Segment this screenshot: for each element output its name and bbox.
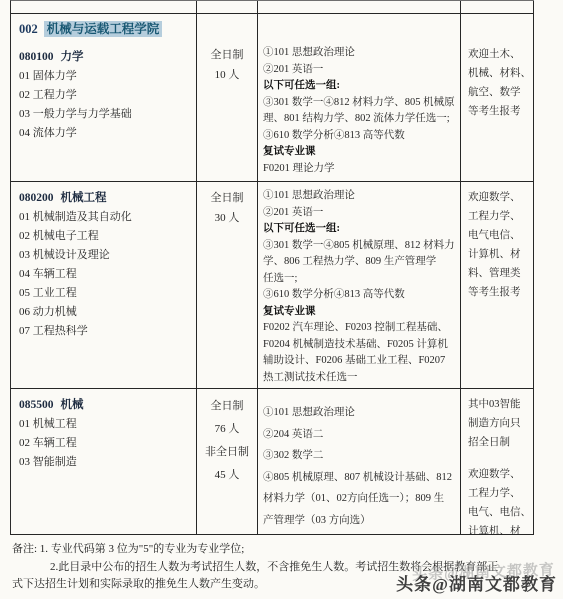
text-line: 机械、材料、 <box>468 64 530 83</box>
text-line: 02 机械电子工程 <box>19 227 190 246</box>
research-directions: 01 固体力学02 工程力学03 一般力学与力学基础04 流体力学 <box>19 67 190 143</box>
text-line: 欢迎数学、 <box>468 465 530 484</box>
text-line: 欢迎数学、 <box>468 188 530 207</box>
table-row-mechanics: 002机械与运载工程学院 080100力学 01 固体力学02 工程力学03 一… <box>11 14 534 182</box>
text-line: 全日制 <box>197 395 257 418</box>
remarks-cell: 欢迎土木、机械、材料、航空、数学等考生报考 <box>461 14 534 181</box>
text-line: 电气、电信、 <box>468 503 530 522</box>
text-line: 05 工业工程 <box>19 284 190 303</box>
table-row-stub <box>11 1 534 14</box>
text-line: 料、管理类 <box>468 264 530 283</box>
text-line: 理、801 结构力学、802 流体力学任选一; <box>263 111 457 128</box>
remark-block-welcome: 欢迎数学、工程力学、电气、电信、计算机、材 <box>468 465 530 534</box>
program-name: 机械工程 <box>61 192 107 204</box>
text-line: 01 固体力学 <box>19 67 190 86</box>
text-line: 03 智能制造 <box>19 453 190 472</box>
program-header: 085500机械 <box>19 396 190 415</box>
text-line: 03 机械设计及理论 <box>19 246 190 265</box>
text-line: 产管理学（03 方向选） <box>263 510 457 532</box>
program-code: 085500 <box>19 399 54 411</box>
text-line: F0201 理论力学 <box>263 161 457 178</box>
text-line: ①101 思想政治理论 <box>263 402 457 424</box>
text-line: 非全日制 <box>197 441 257 464</box>
text-line: 计算机、材 <box>468 522 530 534</box>
remarks-cell: 欢迎数学、工程力学、电气电信、计算机、材料、管理类等考生报考 <box>461 182 534 388</box>
text-line: 热工测试技术任选一 <box>263 370 457 387</box>
text-line: 材料力学（01、02方向任选一）；809 生 <box>263 488 457 510</box>
stub-cell <box>461 1 534 13</box>
program-name: 机械 <box>61 399 84 411</box>
text-line: 招全日制 <box>468 433 530 452</box>
text-line: ②201 英语一 <box>263 62 457 79</box>
text-line: 04 车辆工程 <box>19 265 190 284</box>
admissions-table: 002机械与运载工程学院 080100力学 01 固体力学02 工程力学03 一… <box>10 0 534 535</box>
text-line: ③610 数学分析④813 高等代数 <box>263 287 457 304</box>
text-line: 辅助设计、F0206 基础工业工程、F0207 <box>263 353 457 370</box>
scanned-admissions-catalog-page: 002机械与运载工程学院 080100力学 01 固体力学02 工程力学03 一… <box>0 0 563 599</box>
mode-quota-cell: 全日制10 人 <box>197 14 258 181</box>
exam-subjects-cell: ①101 思想政治理论②204 英语二③302 数学二④805 机械原理、807… <box>258 389 461 534</box>
research-directions: 01 机械制造及其自动化02 机械电子工程03 机械设计及理论04 车辆工程05… <box>19 208 190 341</box>
program-code: 080200 <box>19 192 54 204</box>
text-line: 01 机械制造及其自动化 <box>19 208 190 227</box>
text-line: 10 人 <box>197 65 257 85</box>
research-directions: 01 机械工程02 车辆工程03 智能制造 <box>19 415 190 472</box>
program-cell: 085500机械 01 机械工程02 车辆工程03 智能制造 <box>11 389 197 534</box>
text-line: 复试专业课 <box>263 304 457 321</box>
text-line: ③301 数学一④812 材料力学、805 机械原 <box>263 95 457 112</box>
text-line: 06 动力机械 <box>19 303 190 322</box>
text-line: 30 人 <box>197 208 257 228</box>
stub-cell <box>258 1 461 13</box>
program-code: 080100 <box>19 51 54 63</box>
program-header: 080100力学 <box>19 48 190 67</box>
program-cell: 080200机械工程 01 机械制造及其自动化02 机械电子工程03 机械设计及… <box>11 182 197 388</box>
text-line: 04 流体力学 <box>19 124 190 143</box>
mode-quota-cell: 全日制76 人非全日制45 人 <box>197 389 258 534</box>
text-line: F0202 汽车理论、F0203 控制工程基础、 <box>263 320 457 337</box>
text-line: 全日制 <box>197 45 257 65</box>
text-line: 航空、数学 <box>468 83 530 102</box>
text-line: ④805 机械原理、807 机械设计基础、812 <box>263 467 457 489</box>
mode-quota-cell: 全日制30 人 <box>197 182 258 388</box>
stub-cell <box>197 1 258 13</box>
department-code: 002 <box>19 22 38 36</box>
table-row-mechanical-professional: 085500机械 01 机械工程02 车辆工程03 智能制造 全日制76 人非全… <box>11 389 534 535</box>
department-header: 002机械与运载工程学院 <box>19 20 190 39</box>
remark-block-fulltime-only: 其中03智能制造方向只招全日制 <box>468 395 530 452</box>
department-name-highlighted: 机械与运载工程学院 <box>44 21 163 37</box>
watermark-text: 头条@湖南文都教育 <box>396 575 557 594</box>
text-line: ①101 思想政治理论 <box>263 45 457 62</box>
text-line: 计算机、材 <box>468 245 530 264</box>
text-line: 76 人 <box>197 418 257 441</box>
text-line: 工程力学、 <box>468 484 530 503</box>
text-line: ③302 数学二 <box>263 445 457 467</box>
text-line: 制造方向只 <box>468 414 530 433</box>
remarks-cell: 其中03智能制造方向只招全日制 欢迎数学、工程力学、电气、电信、计算机、材 <box>461 389 534 534</box>
text-line: 等考生报考 <box>468 102 530 121</box>
text-line: 02 车辆工程 <box>19 434 190 453</box>
text-line: 01 机械工程 <box>19 415 190 434</box>
text-line: 以下可任选一组: <box>263 221 457 238</box>
stub-cell <box>11 1 197 13</box>
footnote-line: 备注: 1. 专业代码第 3 位为"5"的专业为专业学位; <box>12 541 552 559</box>
text-line: ①101 思想政治理论 <box>263 188 457 205</box>
watermark: 头条@湖南文都教育 头条@湖南文都教育 <box>396 570 557 596</box>
text-line: 07 工程热科学 <box>19 322 190 341</box>
text-line: 全日制 <box>197 188 257 208</box>
text-line: 其中03智能 <box>468 395 530 414</box>
text-line: 欢迎土木、 <box>468 45 530 64</box>
text-line: 复试专业课 <box>263 144 457 161</box>
text-line: 等考生报考 <box>468 283 530 302</box>
program-name: 力学 <box>61 51 84 63</box>
text-line: F0204 机械制造技术基础、F0205 计算机 <box>263 337 457 354</box>
text-line: 任选一; <box>263 271 457 288</box>
text-line: 45 人 <box>197 464 257 487</box>
text-line: ②204 英语二 <box>263 424 457 446</box>
text-line: 学、806 工程热力学、809 生产管理学 <box>263 254 457 271</box>
program-header: 080200机械工程 <box>19 189 190 208</box>
table-row-mechanical-engineering: 080200机械工程 01 机械制造及其自动化02 机械电子工程03 机械设计及… <box>11 182 534 389</box>
text-line: 工程力学、 <box>468 207 530 226</box>
text-line: ③301 数学一④805 机械原理、812 材料力 <box>263 238 457 255</box>
exam-subjects-cell: ①101 思想政治理论②201 英语一以下可任选一组:③301 数学一④812 … <box>258 14 461 181</box>
text-line: 02 工程力学 <box>19 86 190 105</box>
text-line: 以下可任选一组: <box>263 78 457 95</box>
program-cell: 002机械与运载工程学院 080100力学 01 固体力学02 工程力学03 一… <box>11 14 197 181</box>
exam-subjects-cell: ①101 思想政治理论②201 英语一以下可任选一组:③301 数学一④805 … <box>258 182 461 388</box>
text-line: ②201 英语一 <box>263 205 457 222</box>
text-line: ③610 数学分析④813 高等代数 <box>263 128 457 145</box>
text-line: 03 一般力学与力学基础 <box>19 105 190 124</box>
text-line: 电气电信、 <box>468 226 530 245</box>
